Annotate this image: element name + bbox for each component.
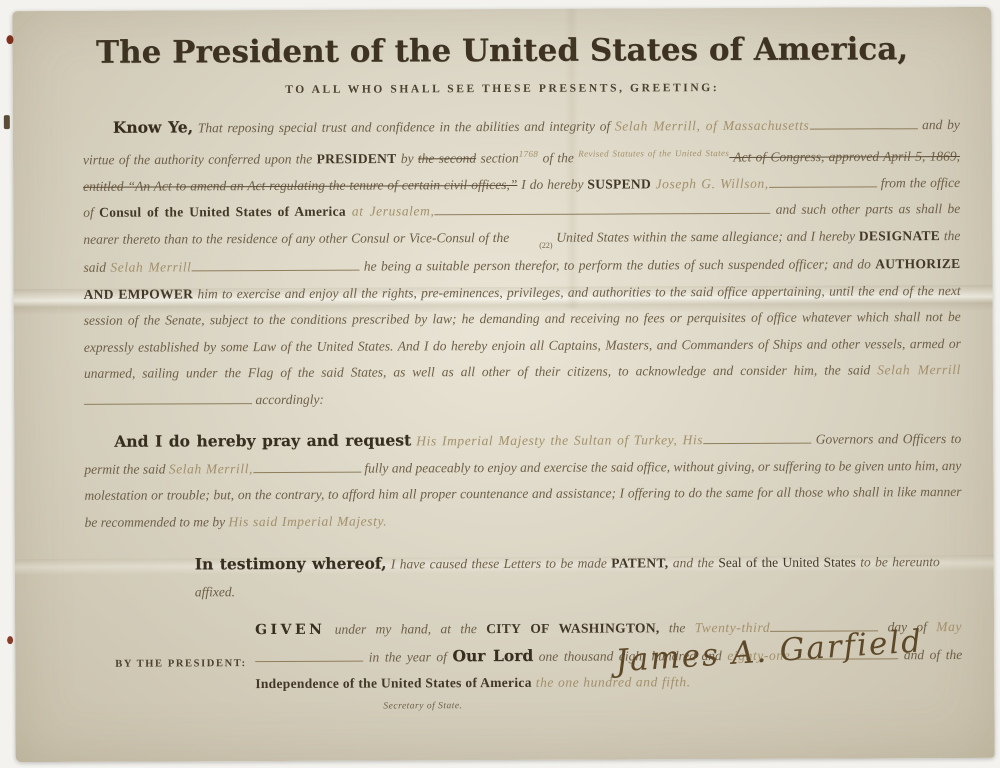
text-segment: of the [538, 150, 578, 165]
blank-rule-line [769, 174, 877, 187]
text-segment: under my hand, at the [325, 621, 486, 637]
text-segment: (22) [509, 232, 552, 259]
text-segment: 1768 [519, 148, 539, 158]
text-segment: by [396, 150, 417, 165]
text-segment: Selah Merrill [110, 259, 191, 274]
text-segment: United States within the same allegiance… [553, 228, 859, 244]
edge-speck [4, 115, 10, 129]
text-segment: the one hundred and fifth. [532, 674, 691, 690]
blank-rule-line [434, 202, 602, 215]
text-segment: Selah Merrill, of Massachusetts [615, 118, 810, 134]
text-segment: at Jerusalem, [346, 203, 435, 218]
text-segment: GIVEN [255, 622, 325, 638]
edge-speck [6, 35, 13, 44]
text-segment: accordingly: [252, 391, 324, 406]
text-segment: I do hereby [517, 176, 587, 191]
text-segment: one thousand eight hundred and [533, 648, 727, 664]
text-segment: Revised Statutes of the United States [578, 148, 729, 159]
text-segment: day of [878, 619, 936, 634]
text-segment: PRESIDENT [317, 150, 397, 165]
blank-rule-line [255, 649, 363, 662]
document-title: The President of the United States of Am… [12, 7, 991, 71]
text-segment: CITY OF WASHINGTON, [486, 620, 659, 636]
blank-rule-line [191, 258, 359, 271]
text-segment: In testimony whereof, [195, 554, 387, 574]
text-segment: Our Lord [452, 645, 533, 664]
document-body: Know Ye, That reposing special trust and… [13, 93, 995, 699]
text-segment: That reposing special trust and confiden… [193, 119, 615, 136]
blank-rule-line [253, 460, 361, 473]
paragraph-given: GIVEN under my hand, at the CITY OF WASH… [255, 614, 962, 698]
text-segment: he being a suitable person therefor, to … [359, 256, 875, 273]
text-segment: the [659, 620, 694, 635]
text-segment: PATENT, [611, 555, 668, 570]
text-segment: Seal of the United States [718, 554, 856, 570]
blank-rule-line [703, 431, 811, 444]
text-segment: and the [668, 555, 718, 570]
blank-rule-line [790, 646, 898, 659]
text-segment: Selah Merrill, [169, 461, 253, 476]
text-segment: May [936, 619, 962, 634]
text-segment: SUSPEND [587, 176, 651, 191]
text-segment: and of the [898, 647, 962, 662]
text-segment: Twenty-third [695, 620, 771, 635]
text-segment: him to exercise and enjoy all the rights… [84, 283, 961, 381]
text-segment: DESIGNATE [859, 228, 940, 243]
text-segment: His said Imperial Majesty. [228, 513, 387, 529]
edge-speck [7, 636, 13, 644]
blank-rule-line [602, 201, 770, 214]
paragraph-testimony: In testimony whereof, I have caused thes… [195, 548, 940, 605]
parchment-document: The President of the United States of Am… [12, 7, 994, 762]
text-segment: eighty-one [727, 647, 790, 662]
text-segment: section [476, 150, 519, 165]
text-segment: Joseph G. Willson, [651, 175, 769, 191]
text-segment: in the year of [363, 649, 452, 664]
text-segment: Selah Merrill [877, 362, 961, 377]
text-segment: Independence of the United States of Ame… [255, 675, 532, 691]
paragraph-suspension-designation: Know Ye, That reposing special trust and… [83, 111, 961, 414]
text-segment: His Imperial Majesty the Sultan of Turke… [411, 432, 703, 448]
blank-rule-line [770, 619, 878, 632]
paragraph-request: And I do hereby pray and request His Imp… [84, 425, 961, 536]
secretary-of-state-line: Secretary of State. [383, 701, 462, 711]
blank-rule-line [809, 117, 917, 130]
text-segment: And I do hereby pray and request [114, 430, 411, 450]
text-segment: Consul of the United States of America [99, 204, 346, 220]
text-segment: the second [418, 150, 476, 165]
text-segment: Know Ye, [113, 117, 193, 136]
text-segment: I have caused these Letters to be made [386, 556, 611, 572]
blank-rule-line [84, 391, 252, 404]
